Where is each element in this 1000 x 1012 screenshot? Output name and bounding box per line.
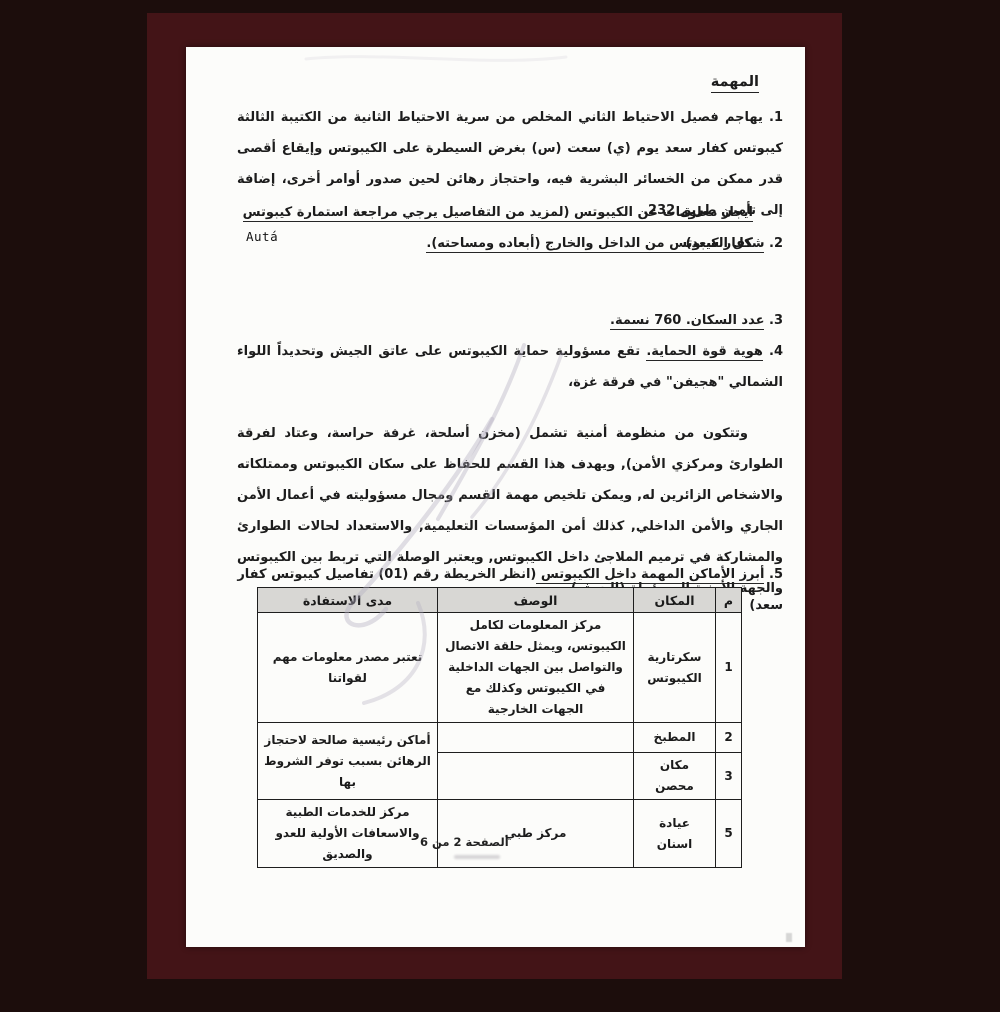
table-row: 1سكرتارية الكيبوتسمركز المعلومات لكامل ا… [258, 613, 742, 723]
scanned-page: المهمة 1. يهاجم فصيل الاحتياط الثاني الم… [186, 47, 805, 947]
column-header: المكان [634, 588, 716, 613]
paragraph-item-2: 2. شكل الكيبوتس من الداخل والخارج (أبعاد… [237, 228, 783, 259]
column-header: الوصف [438, 588, 634, 613]
cell-index: 1 [716, 613, 742, 723]
cell-benefit: أماكن رئيسية صالحة لاحتجاز الرهائن بسبب … [258, 723, 438, 800]
table-row: 2المطبخأماكن رئيسية صالحة لاحتجاز الرهائ… [258, 723, 742, 753]
cell-place: مكان محصن [634, 753, 716, 800]
text-segment: شكل الكيبوتس من الداخل والخارج (أبعاده و… [426, 236, 764, 253]
cell-description [438, 753, 634, 800]
scan-smudge [454, 855, 500, 859]
key-locations-table: مالمكانالوصفمدى الاستفادة 1سكرتارية الكي… [257, 587, 742, 868]
cell-index: 3 [716, 753, 742, 800]
cell-benefit: مركز للخدمات الطبية والاسعافات الأولية ل… [258, 800, 438, 868]
cell-place: سكرتارية الكيبوتس [634, 613, 716, 723]
cell-place: عيادة اسنان [634, 800, 716, 868]
text-segment: هوية قوة الحماية. [646, 344, 763, 361]
page-number: الصفحة 2 من 6 [420, 835, 509, 849]
cell-index: 5 [716, 800, 742, 868]
paragraph-item-3: 3. عدد السكان. 760 نسمة. [237, 305, 783, 336]
text-segment: أبرز الأماكن المهمة داخل الكيبوتس [536, 567, 764, 584]
list-number: 2. [764, 236, 783, 251]
text-segment: عدد السكان. 760 نسمة. [610, 313, 764, 330]
table-header: مالمكانالوصفمدى الاستفادة [258, 588, 742, 613]
cell-description: مركز المعلومات لكامل الكيبوتس، ويمثل حلق… [438, 613, 634, 723]
list-number: 5. [764, 567, 783, 582]
list-number: 3. [764, 313, 783, 328]
list-number: 4. [763, 344, 783, 359]
column-header: مدى الاستفادة [258, 588, 438, 613]
page-title: المهمة [711, 74, 759, 93]
cell-index: 2 [716, 723, 742, 753]
paragraph-item-4: 4. هوية قوة الحماية. تقع مسؤولية حماية ا… [237, 336, 783, 398]
viewer-background: { "colors": { "backdrop": "#1c0d0c", "fr… [0, 0, 1000, 1012]
document-frame: المهمة 1. يهاجم فصيل الاحتياط الثاني الم… [147, 13, 842, 979]
cell-description [438, 723, 634, 753]
cell-place: المطبخ [634, 723, 716, 753]
overlay-text-label: Autá [246, 229, 278, 244]
column-header: م [716, 588, 742, 613]
cell-benefit: تعتبر مصدر معلومات مهم لقواتنا [258, 613, 438, 723]
scan-speck [786, 933, 792, 942]
list-number: 1. [763, 110, 783, 125]
